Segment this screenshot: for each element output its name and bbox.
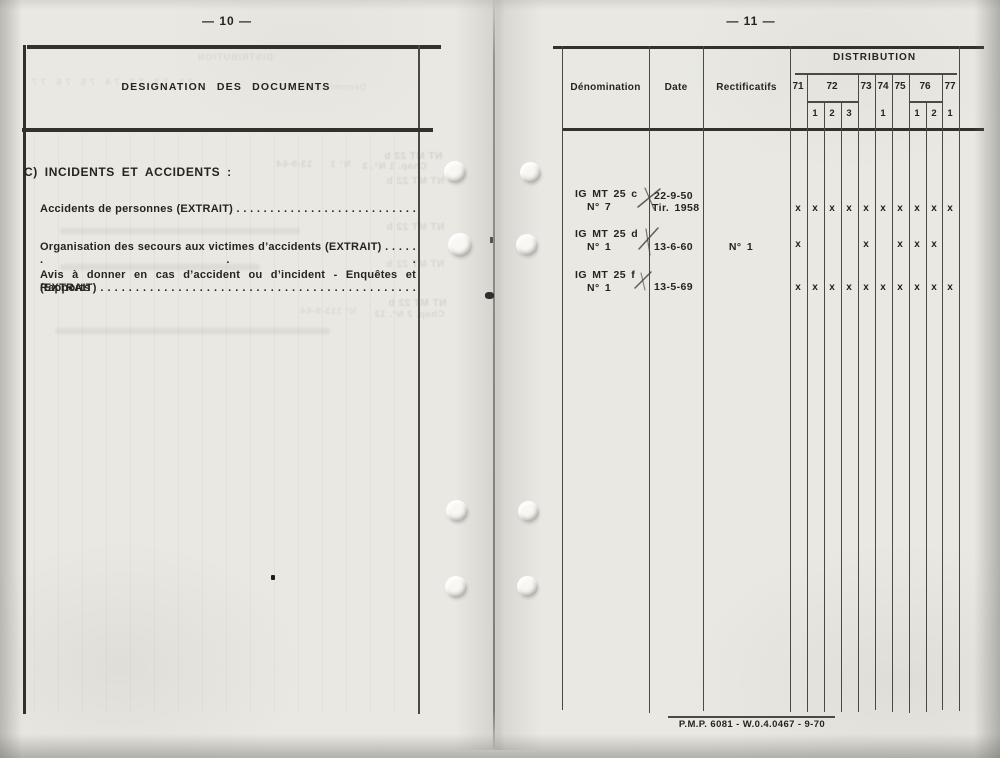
left-box-right-rule [418, 45, 420, 714]
bleedthrough-columns [34, 134, 416, 712]
bleedthrough-text: N° 1 [336, 306, 357, 317]
denomination-text: IG MT 25 f [575, 269, 635, 281]
scanned-document-spread: — 10 — DISTRIBUTION71 72 73 74 75 76 77D… [0, 0, 1000, 758]
document-item: Accidents de personnes (EXTRAIT) . . . .… [40, 203, 416, 216]
distribution-cell: x [790, 239, 806, 250]
table-column-rule [909, 73, 910, 713]
table-column-rule [875, 73, 876, 710]
table-column-rule [649, 46, 650, 713]
distribution-cell: x [909, 239, 925, 250]
ink-speck [271, 575, 275, 580]
col-header-date: Date [649, 82, 703, 93]
col-header-denomination: Dénomination [562, 82, 649, 93]
denomination-text: IG MT 25 c [575, 188, 638, 200]
table-column-rule [892, 73, 893, 712]
punch-hole [445, 576, 467, 598]
dist-subcol-76-2: 2 [926, 108, 942, 119]
page-number-left: — 10 — [187, 14, 267, 28]
ink-blob [485, 292, 494, 299]
page-fold-line [493, 0, 495, 748]
dist-col-77: 77 [938, 81, 962, 92]
dist-col-71: 71 [786, 81, 810, 92]
distribution-cell: x [858, 203, 874, 214]
distribution-cell: x [909, 282, 925, 293]
print-reference-footer: P.M.P. 6081 - W.0.4.0467 - 9-70 [652, 719, 852, 730]
denomination-text: N° 7 [587, 201, 611, 213]
document-item: (EXTRAIT) . . . . . . . . . . . . . . . … [40, 282, 416, 295]
section-heading: C) INCIDENTS ET ACCIDENTS : [24, 165, 232, 179]
scan-edge [0, 0, 22, 758]
table-column-rule [959, 46, 960, 711]
page-number-right: — 11 — [711, 14, 791, 28]
dist-subcol-72-1: 1 [807, 108, 823, 119]
distribution-cell: x [875, 203, 891, 214]
punch-hole [517, 576, 538, 597]
dist-col-72: 72 [820, 81, 844, 92]
distribution-cell: x [858, 282, 874, 293]
dist-subcol-77-1: 1 [942, 108, 958, 119]
bleedthrough-text: NT MT 22 b [386, 176, 444, 187]
document-item: Organisation des secours aux victimes d’… [40, 241, 416, 267]
bleedthrough-text: Chap. 1 N°. 3 [362, 161, 427, 172]
distribution-cell: x [942, 282, 958, 293]
left-box-top-rule [27, 45, 441, 49]
scan-edge [0, 0, 1000, 10]
table-header-bottom-rule [562, 128, 984, 131]
bleedthrough-smudge [55, 328, 330, 334]
table-column-rule [942, 73, 943, 710]
dist-col-76: 76 [913, 81, 937, 92]
table-column-rule [562, 46, 563, 710]
punch-hole [516, 234, 538, 256]
distribution-cell: x [807, 203, 823, 214]
table-column-rule [807, 73, 808, 712]
scan-edge [974, 0, 1000, 758]
check-mark [632, 267, 656, 294]
left-box-separator-rule [22, 128, 433, 132]
distribution-cell: x [926, 239, 942, 250]
distribution-cell: x [858, 239, 874, 250]
rectificatifs-text: N° 1 [727, 241, 755, 253]
distribution-cell: x [790, 203, 806, 214]
bleedthrough-text: Chap. 2 N°. 12 [374, 309, 444, 320]
denomination-text: N° 1 [587, 241, 611, 253]
bleedthrough-text: 13-9-64 [276, 159, 312, 170]
denomination-text: N° 1 [587, 282, 611, 294]
distribution-cell: x [875, 282, 891, 293]
check-mark [637, 224, 661, 258]
bleedthrough-text: N° 1 [330, 159, 351, 170]
distribution-cell: x [807, 282, 823, 293]
dist-col-75: 75 [888, 81, 912, 92]
distribution-cell: x [926, 203, 942, 214]
punch-hole [446, 500, 468, 522]
table-top-rule [553, 46, 984, 49]
table-column-rule [926, 101, 927, 712]
distribution-cell: x [841, 282, 857, 293]
table-column-rule [841, 101, 842, 712]
dist-subcol-74-1: 1 [875, 108, 891, 119]
page-fold-shadow [455, 0, 541, 750]
dist-subcol-76-1: 1 [909, 108, 925, 119]
bleedthrough-text: DISTRIBUTION [197, 52, 273, 62]
table-column-rule [858, 73, 859, 712]
designation-header: DESIGNATION DES DOCUMENTS [60, 81, 392, 93]
punch-hole [444, 161, 466, 183]
date-text: 13-5-69 [654, 281, 693, 293]
distribution-cell: x [841, 203, 857, 214]
dist-subcol-72-2: 2 [824, 108, 840, 119]
left-box-left-rule [23, 45, 26, 714]
distribution-cell: x [909, 203, 925, 214]
check-mark [635, 185, 663, 211]
table-column-rule [790, 46, 791, 712]
punch-hole [520, 162, 541, 183]
distribution-cell: x [892, 282, 908, 293]
punch-hole [518, 501, 539, 522]
col-header-rectificatifs: Rectificatifs [703, 82, 790, 93]
subgroup-72-underline [807, 101, 858, 103]
denomination-text: IG MT 25 d [575, 228, 638, 240]
distribution-cell: x [926, 282, 942, 293]
punch-hole [448, 233, 472, 257]
distribution-cell: x [824, 282, 840, 293]
ink-speck [490, 237, 493, 243]
bleedthrough-smudge [60, 228, 300, 234]
footer-rule [668, 716, 835, 718]
col-header-distribution: DISTRIBUTION [790, 52, 959, 63]
distribution-cell: x [942, 203, 958, 214]
dist-subcol-72-3: 3 [841, 108, 857, 119]
distribution-cell: x [824, 203, 840, 214]
table-column-rule [824, 101, 825, 712]
table-column-rule [703, 46, 704, 711]
distribution-cell: x [892, 203, 908, 214]
bleedthrough-text: NT MT 22 b [386, 222, 444, 233]
bleedthrough-text: 13-9-64 [300, 306, 336, 317]
distribution-cell: x [892, 239, 908, 250]
scan-edge [0, 734, 1000, 758]
distribution-cell: x [790, 282, 806, 293]
